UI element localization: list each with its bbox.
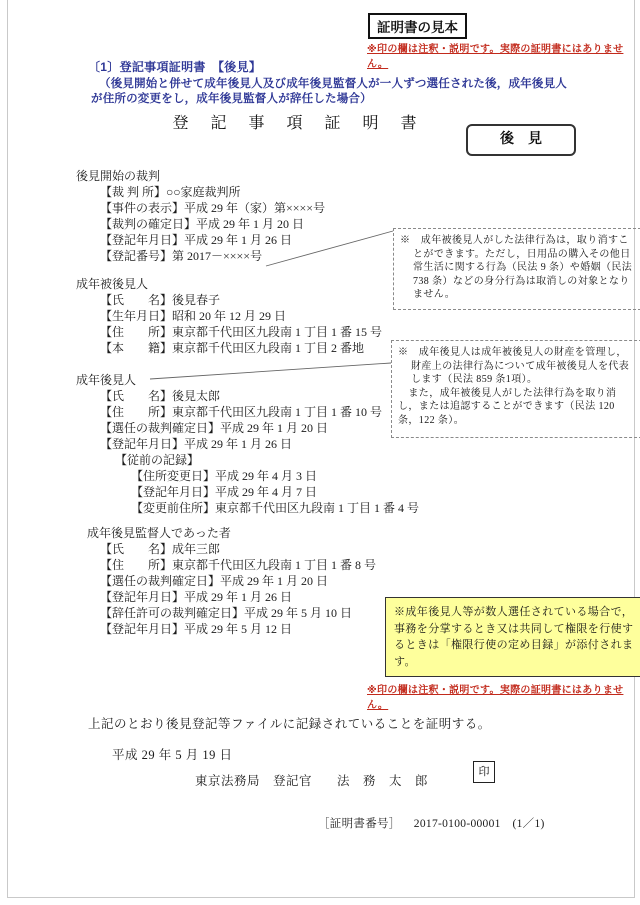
sample-label-box: 証明書の見本 <box>368 13 467 39</box>
note-box-guardian-powers: ※ 成年後見人は成年被後見人の財産を管理し，財産上の法律行為について成年被後見人… <box>391 340 640 438</box>
guardianship-category-stamp: 後 見 <box>466 124 576 156</box>
record-subtitle-previous-record: 【従前の記録】 <box>76 452 406 468</box>
record-line-guardian-address: 【住 所】東京都千代田区九段南 1 丁目 1 番 10 号 <box>76 404 406 420</box>
record-line-ward-birthdate: 【生年月日】昭和 20 年 12 月 29 日 <box>76 308 406 324</box>
record-line-resignation-registration-date: 【登記年月日】平成 29 年 5 月 12 日 <box>76 621 406 637</box>
registrar-seal: 印 <box>473 761 495 783</box>
record-line-registration-date: 【登記年月日】平成 29 年 1 月 26 日 <box>76 232 406 248</box>
record-line-supervisor-name: 【氏 名】成年三郎 <box>76 541 406 557</box>
section-former-supervisor: 成年後見監督人であった者 【氏 名】成年三郎 【住 所】東京都千代田区九段南 1… <box>76 525 406 637</box>
certificate-page: 証明書の見本 ※印の欄は注釈・説明です。実際の証明書にはありません。 〔1〕登記… <box>0 0 640 905</box>
section-ward: 成年被後見人 【氏 名】後見春子 【生年月日】昭和 20 年 12 月 29 日… <box>76 276 406 356</box>
case-description-line2: が住所の変更をし，成年後見監督人が辞任した場合） <box>91 90 372 106</box>
note-text-guardian-powers-2: また，成年被後見人がした法律行為を取り消し，または追認することができます（民法 … <box>398 387 635 428</box>
note-text-multiple-guardians: ※成年後見人等が数人選任されている場合で，事務を分掌するとき又は共同して権限を行… <box>394 604 635 670</box>
section-guardian: 成年後見人 【氏 名】後見太郎 【住 所】東京都千代田区九段南 1 丁目 1 番… <box>76 372 406 516</box>
record-line-guardian-name: 【氏 名】後見太郎 <box>76 388 406 404</box>
section-title-ruling: 後見開始の裁判 <box>76 168 406 184</box>
record-line-registration-number: 【登記番号】第 2017－××××号 <box>76 248 406 264</box>
record-line-address-change-date: 【住所変更日】平成 29 年 4 月 3 日 <box>76 468 406 484</box>
record-line-guardian-appointment-date: 【選任の裁判確定日】平成 29 年 1 月 20 日 <box>76 420 406 436</box>
record-line-ward-name: 【氏 名】後見春子 <box>76 292 406 308</box>
certificate-number: 2017-0100-00001 (1／1) <box>414 818 545 830</box>
note-box-legal-acts: ※ 成年被後見人がした法律行為は，取り消すことができます。ただし，日用品の購入そ… <box>393 228 640 310</box>
record-line-guardian-registration-date: 【登記年月日】平成 29 年 1 月 26 日 <box>76 436 406 452</box>
registrar-name: 法 務 太 郎 <box>337 771 428 789</box>
note-text-legal-acts: ※ 成年被後見人がした法律行為は，取り消すことができます。ただし，日用品の購入そ… <box>400 234 634 302</box>
certification-statement: 上記のとおり後見登記等ファイルに記録されていることを証明する。 <box>88 714 491 732</box>
registrar-office: 東京法務局 登記官 <box>195 771 312 789</box>
record-line-ruling-final-date: 【裁判の確定日】平成 29 年 1 月 20 日 <box>76 216 406 232</box>
registry-records: 後見開始の裁判 【裁 判 所】○○家庭裁判所 【事件の表示】平成 29 年（家）… <box>76 168 406 637</box>
note-box-multiple-guardians: ※成年後見人等が数人選任されている場合で，事務を分掌するとき又は共同して権限を行… <box>385 597 640 677</box>
record-line-ward-domicile: 【本 籍】東京都千代田区九段南 1 丁目 2 番地 <box>76 340 406 356</box>
record-line-court: 【裁 判 所】○○家庭裁判所 <box>76 184 406 200</box>
certificate-number-label: ［証明書番号］ <box>318 818 401 830</box>
note-text-guardian-powers-1: ※ 成年後見人は成年被後見人の財産を管理し，財産上の法律行為について成年被後見人… <box>398 346 635 387</box>
record-line-case-number: 【事件の表示】平成 29 年（家）第××××号 <box>76 200 406 216</box>
record-line-supervisor-appointment-date: 【選任の裁判確定日】平成 29 年 1 月 20 日 <box>76 573 406 589</box>
bottom-annotation-note: ※印の欄は注釈・説明です。実際の証明書にはありません。 <box>367 681 640 711</box>
record-line-supervisor-registration-date: 【登記年月日】平成 29 年 1 月 26 日 <box>76 589 406 605</box>
record-line-previous-address: 【変更前住所】東京都千代田区九段南 1 丁目 1 番 4 号 <box>76 500 406 516</box>
certificate-number-line: ［証明書番号］ 2017-0100-00001 (1／1) <box>318 815 545 831</box>
record-line-change-registration-date: 【登記年月日】平成 29 年 4 月 7 日 <box>76 484 406 500</box>
section-title-former-supervisor: 成年後見監督人であった者 <box>76 525 406 541</box>
section-title-guardian: 成年後見人 <box>76 372 406 388</box>
section-ruling: 後見開始の裁判 【裁 判 所】○○家庭裁判所 【事件の表示】平成 29 年（家）… <box>76 168 406 264</box>
record-line-resignation-permit-date: 【辞任許可の裁判確定日】平成 29 年 5 月 10 日 <box>76 605 406 621</box>
case-heading: 〔1〕登記事項証明書 【後見】 <box>88 58 261 75</box>
record-line-ward-address: 【住 所】東京都千代田区九段南 1 丁目 1 番 15 号 <box>76 324 406 340</box>
top-annotation-note: ※印の欄は注釈・説明です。実際の証明書にはありません。 <box>367 40 640 70</box>
sample-label: 証明書の見本 <box>377 20 458 35</box>
record-line-supervisor-address: 【住 所】東京都千代田区九段南 1 丁目 1 番 8 号 <box>76 557 406 573</box>
case-description-line1: （後見開始と併せて成年後見人及び成年後見監督人が一人ずつ選任された後，成年後見人 <box>99 75 567 91</box>
section-title-ward: 成年被後見人 <box>76 276 406 292</box>
issue-date: 平成 29 年 5 月 19 日 <box>112 745 233 763</box>
